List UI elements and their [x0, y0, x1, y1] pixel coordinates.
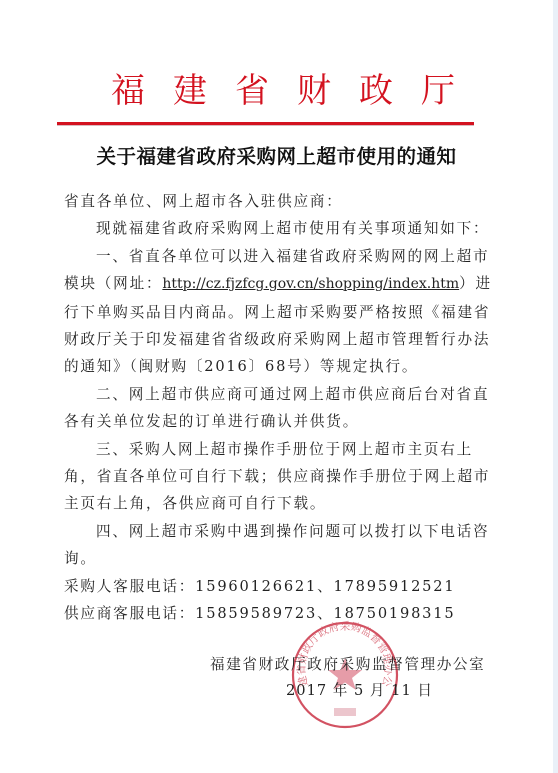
issue-date: 2017 年 5 月 11 日	[286, 678, 433, 704]
masthead-char: 省	[235, 70, 269, 112]
item-four-paragraph: 四、网上超市采购中遇到操作问题可以拨打以下电话咨询。	[64, 518, 504, 573]
document-title: 关于福建省政府采购网上超市使用的通知	[0, 144, 553, 170]
masthead-divider	[57, 122, 474, 125]
viewer-scroll-gutter	[553, 0, 558, 773]
buyer-hotline: 采购人客服电话：15960126621、17895912521	[64, 573, 504, 600]
masthead-char: 建	[173, 70, 207, 112]
masthead-title: 福建省财政厅	[60, 70, 506, 112]
document-page: 福建省财政厅 关于福建省政府采购网上超市使用的通知 省直各单位、网上超市各入驻供…	[0, 0, 553, 773]
item-three-paragraph: 三、采购人网上超市操作手册位于网上超市主页右上角，省直各单位可自行下载；供应商操…	[64, 436, 504, 518]
masthead-char: 财	[297, 70, 331, 112]
item-two-paragraph: 二、网上超市供应商可通过网上超市供应商后台对省直各有关单位发起的订单进行确认并供…	[64, 381, 504, 436]
salutation: 省直各单位、网上超市各入驻供应商：	[64, 188, 504, 215]
document-body: 省直各单位、网上超市各入驻供应商： 现就福建省政府采购网上超市使用有关事项通知如…	[64, 188, 504, 628]
masthead-char: 政	[359, 70, 393, 112]
masthead-char: 厅	[421, 70, 455, 112]
intro-paragraph: 现就福建省政府采购网上超市使用有关事项通知如下：	[64, 215, 504, 242]
shopping-url-link[interactable]: http://cz.fjzfcg.gov.cn/shopping/index.h…	[162, 276, 459, 292]
masthead-char: 福	[111, 70, 145, 112]
issuing-office: 福建省财政厅政府采购监督管理办公室	[210, 652, 485, 678]
supplier-hotline: 供应商客服电话：15859589723、18750198315	[64, 600, 504, 627]
item-one-paragraph: 一、省直各单位可以进入福建省政府采购网的网上超市模块（网址：http://cz.…	[64, 243, 504, 381]
